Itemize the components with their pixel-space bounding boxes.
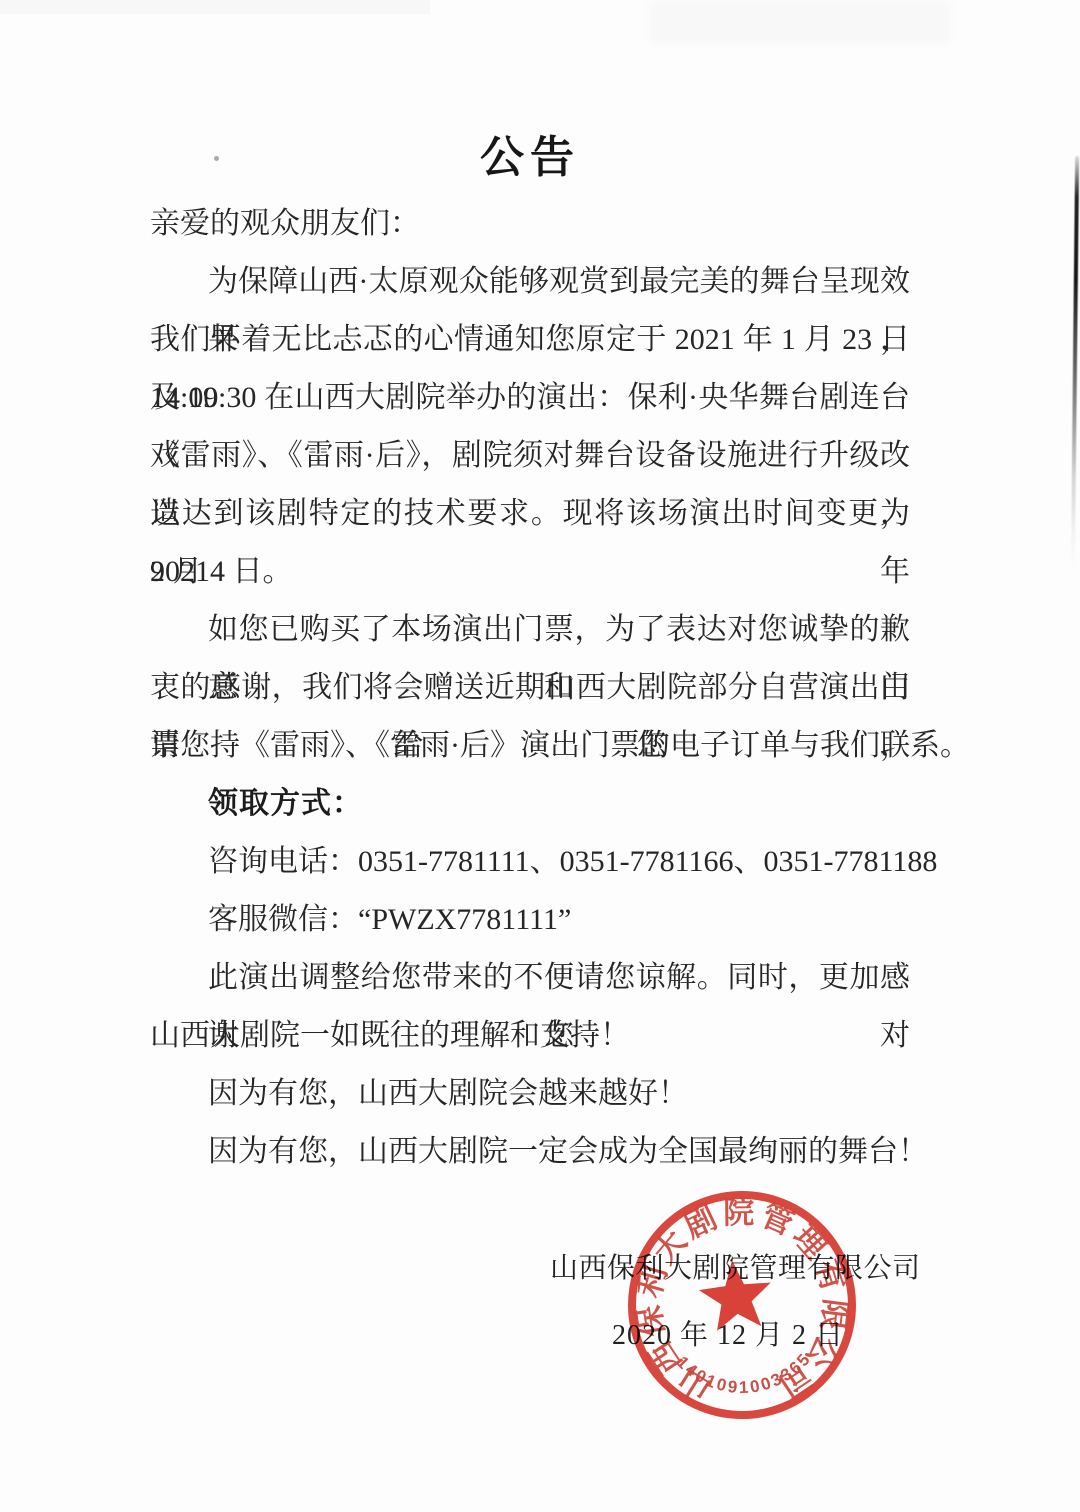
body-line: 客服微信：“PWZX7781111” [150,891,910,949]
salutation: 亲爱的观众朋友们： [150,195,910,253]
body-line: 领取方式： [150,775,910,833]
seal-star-icon [696,1256,775,1332]
body-line: 以达到该剧特定的技术要求。现将该场演出时间变更为 2021 年 [150,485,910,543]
seal-graphic: 山西保利大剧院管理有限公司 1401091003365 [615,1178,869,1432]
official-seal: 山西保利大剧院管理有限公司 1401091003365 [615,1178,869,1432]
scan-artifact-top-band [0,0,430,14]
announcement-document: 公告 亲爱的观众朋友们： 为保障山西·太原观众能够观赏到最完美的舞台呈现效果，我… [150,126,910,1181]
body-line: 请您持《雷雨》、《雷雨·后》演出门票的电子订单与我们联系。 [150,717,910,775]
body-line: 如您已购买了本场演出门票，为了表达对您诚挚的歉意和由 [150,601,910,659]
body-line: 咨询电话：0351-7781111、0351-7781166、0351-7781… [150,833,910,891]
body-line: 我们怀着无比忐忑的心情通知您原定于 2021 年 1 月 23 日 14:00 [150,311,910,369]
body-line: 为保障山西·太原观众能够观赏到最完美的舞台呈现效果， [150,253,910,311]
body-line: 及 19:30 在山西大剧院举办的演出：保利·央华舞台剧连台戏 [150,369,910,427]
body-line: 《雷雨》、《雷雨·后》，剧院须对舞台设备设施进行升级改造， [150,427,910,485]
scan-artifact-page-edge [1071,156,1079,568]
page-title: 公告 [150,126,910,195]
scan-artifact-top-smudge [650,0,950,44]
body-line: 因为有您，山西大剧院一定会成为全国最绚丽的舞台！ [150,1123,910,1181]
body-line: 衷的感谢，我们将会赠送近期山西大剧院部分自营演出门票给您， [150,659,910,717]
body-line: 此演出调整给您带来的不便请您谅解。同时，更加感谢您对 [150,949,910,1007]
body-line: 因为有您，山西大剧院会越来越好！ [150,1065,910,1123]
body-lines: 为保障山西·太原观众能够观赏到最完美的舞台呈现效果，我们怀着无比忐忑的心情通知您… [150,253,910,1181]
